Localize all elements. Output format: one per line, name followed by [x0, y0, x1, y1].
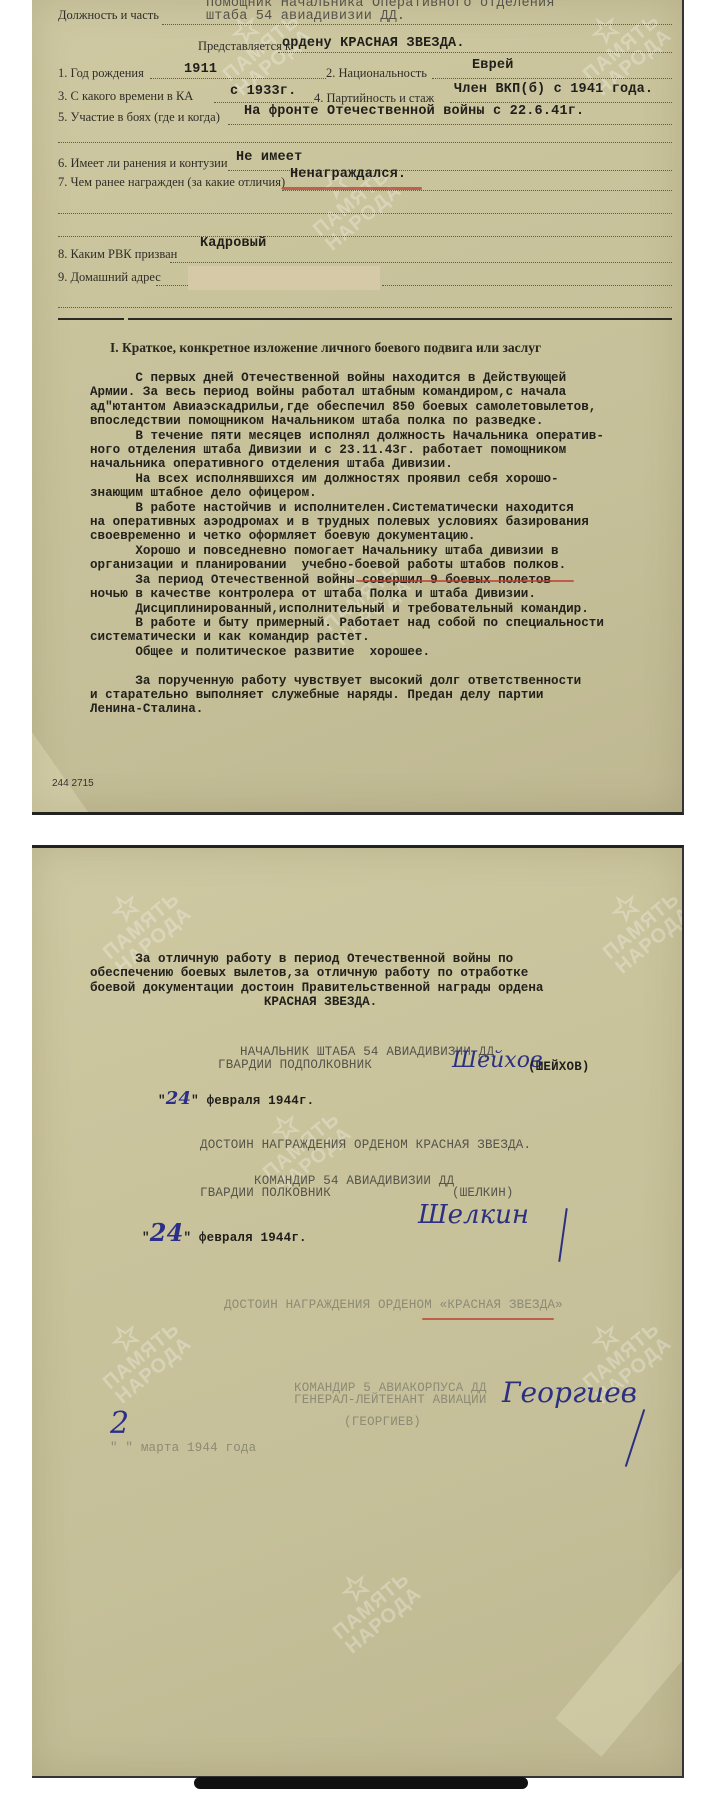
wounds-label: 6. Имеет ли ранения и контузии — [58, 156, 228, 171]
draft-office-value: Кадровый — [200, 236, 266, 251]
home-address-label: 9. Домашний адрес — [58, 270, 161, 285]
date3: " " марта 1944 года — [110, 1441, 256, 1455]
position-label: Должность и часть — [58, 8, 159, 23]
signer2-name: (ШЕЛКИН) — [452, 1186, 514, 1200]
verdict2: ДОСТОИН НАГРАЖДЕНИЯ ОРДЕНОМ «КРАСНАЯ ЗВЕ… — [224, 1298, 563, 1312]
presented-value: ордену КРАСНАЯ ЗВЕЗДА. — [282, 36, 465, 51]
verdict1: ДОСТОИН НАГРАЖДЕНИЯ ОРДЕНОМ КРАСНАЯ ЗВЕЗ… — [200, 1138, 531, 1152]
watermark: ☆ПАМЯТЬНАРОДА — [581, 866, 684, 978]
date2: "24" февраля 1944г. — [142, 1218, 307, 1247]
party-value: Член ВКП(б) с 1941 года. — [454, 82, 653, 97]
nationality-value: Еврей — [472, 58, 514, 73]
prior-awards-value: Ненаграждался. — [290, 167, 406, 182]
nationality-label: 2. Национальность — [326, 66, 427, 81]
home-indicator[interactable] — [194, 1777, 528, 1789]
redacted-address — [188, 266, 380, 290]
wounds-value: Не имеет — [236, 150, 302, 165]
birth-year-label: 1. Год рождения — [58, 66, 144, 81]
signer2-signature: Шелкин — [418, 1200, 529, 1230]
date3-day: 2 — [110, 1406, 129, 1441]
section-heading: I. Краткое, конкретное изложение личного… — [110, 340, 541, 356]
signer1-rank: ГВАРДИИ ПОДПОЛКОВНИК — [218, 1058, 372, 1072]
service-since-label: 3. С какого времени в КА — [58, 89, 193, 104]
watermark: ☆ПАМЯТЬНАРОДА — [81, 1296, 196, 1408]
form-stamp: 244 2715 — [52, 778, 94, 789]
position-value-line2: штаба 54 авиадивизии ДД. — [206, 9, 405, 24]
watermark: ☆ПАМЯТЬНАРОДА — [291, 143, 406, 255]
signer3-name: (ГЕОРГИЕВ) — [344, 1415, 421, 1429]
red-underline — [422, 1318, 554, 1320]
signer3-signature: Георгиев — [502, 1376, 637, 1409]
conclusion-text: За отличную работу в период Отечественно… — [90, 952, 543, 1010]
signer2-rank: ГВАРДИИ ПОЛКОВНИК — [200, 1186, 331, 1200]
signer3-rank: ГЕНЕРАЛ-ЛЕЙТЕНАНТ АВИАЦИИ — [294, 1393, 487, 1407]
draft-office-label: 8. Каким РВК призван — [58, 247, 177, 262]
date1: "24" февраля 1944г. — [158, 1088, 314, 1109]
service-since-value: с 1933г. — [230, 84, 296, 99]
date1-day: 24 — [166, 1088, 191, 1109]
watermark: ☆ПАМЯТЬНАРОДА — [311, 1546, 426, 1658]
battles-label: 5. Участие в боях (где и когда) — [58, 110, 220, 125]
paper-crease — [555, 1519, 684, 1757]
date2-day: 24 — [150, 1218, 184, 1247]
award-sheet-page-1: ☆ПАМЯТЬНАРОДА ☆ПАМЯТЬНАРОДА ☆ПАМЯТЬНАРОД… — [32, 0, 684, 815]
award-sheet-page-2: ☆ПАМЯТЬНАРОДА ☆ПАМЯТЬНАРОДА ☆ПАМЯТЬНАРОД… — [32, 845, 684, 1778]
narrative-text: С первых дней Отечественной войны находи… — [90, 371, 604, 717]
red-underline — [356, 580, 574, 582]
birth-year-value: 1911 — [184, 62, 217, 77]
signer1-name: (ШЕЙХОВ) — [528, 1060, 590, 1074]
prior-awards-label: 7. Чем ранее награжден (за какие отличия… — [58, 175, 285, 190]
battles-value: На фронте Отечественной войны с 22.6.41г… — [244, 104, 584, 119]
